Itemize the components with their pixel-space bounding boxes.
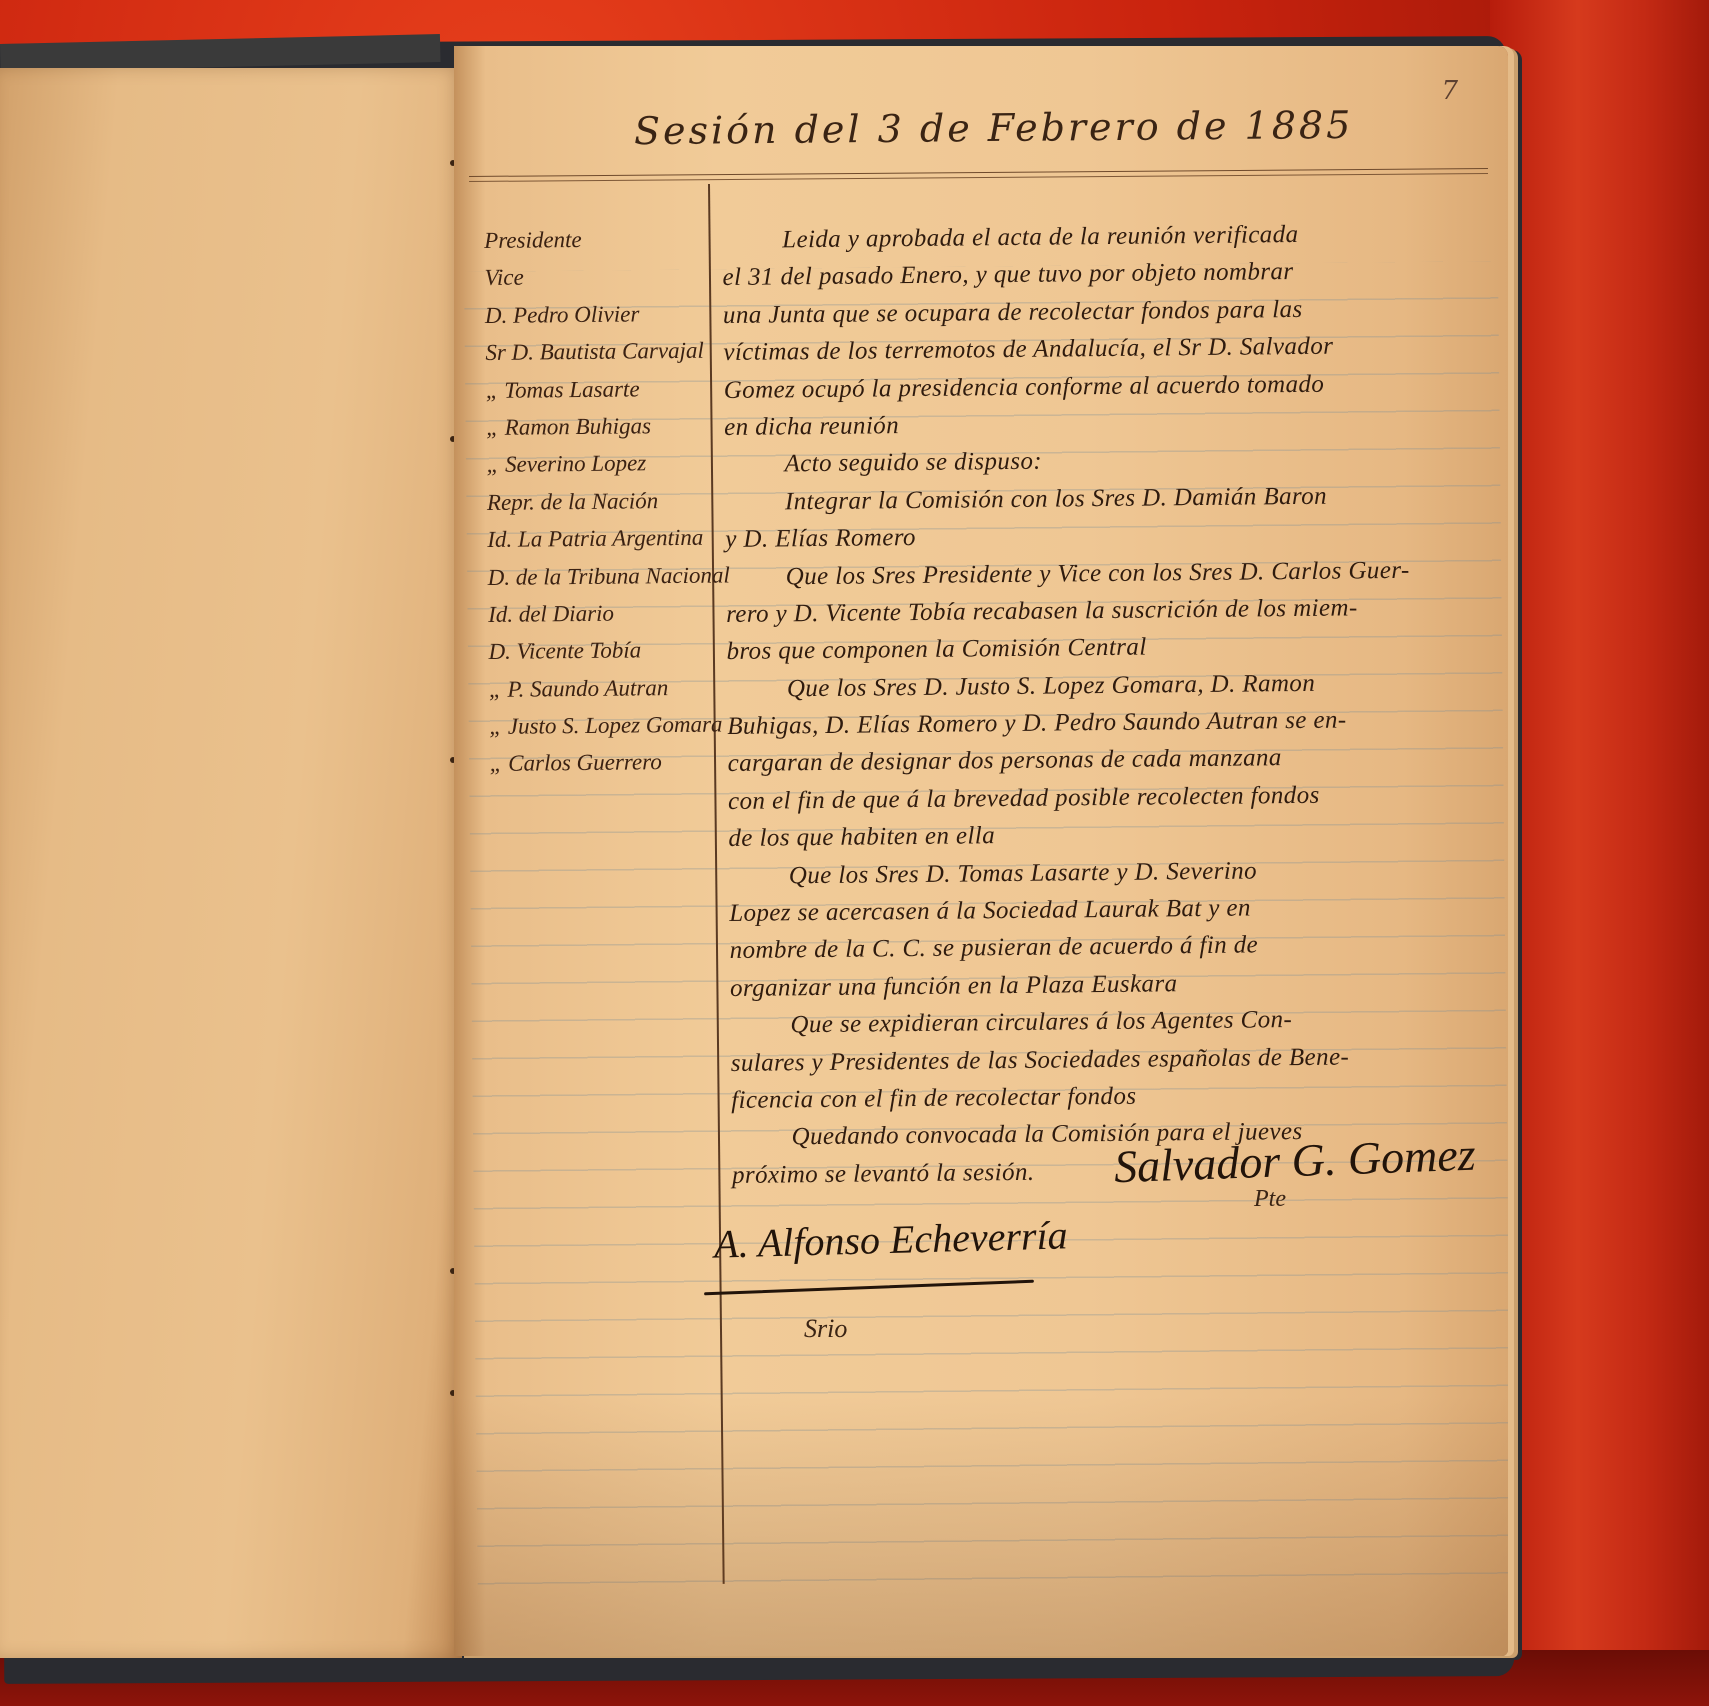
- attendee-entry: „ Tomas Lasarte: [486, 369, 716, 409]
- president-title: Pte: [1254, 1186, 1286, 1213]
- attendee-entry: Repr. de la Nación: [487, 481, 717, 521]
- header-rule: [469, 168, 1488, 182]
- attendee-entry: Presidente: [484, 220, 714, 260]
- attendees-margin-list: PresidenteViceD. Pedro OlivierSr D. Baut…: [484, 220, 720, 783]
- attendee-entry: „ Severino Lopez: [486, 444, 716, 484]
- session-heading-text: Sesión del 3 de Febrero de 1885: [634, 103, 1354, 153]
- left-blank-page: [0, 68, 462, 1658]
- minutes-line: Que los Sres Presidente y Vice con los S…: [726, 551, 1486, 596]
- minutes-body: Leida y aprobada el acta de la reunión v…: [722, 214, 1492, 1194]
- secretary-title: Srio: [804, 1314, 847, 1344]
- background-cloth: [1490, 0, 1709, 1706]
- attendee-entry: Id. del Diario: [488, 593, 718, 633]
- attendee-entry: „ P. Saundo Autran: [489, 668, 719, 708]
- attendee-entry: Vice: [484, 257, 714, 297]
- attendee-entry: „ Justo S. Lopez Gomara: [489, 706, 719, 746]
- attendee-entry: Sr D. Bautista Carvajal: [485, 332, 715, 372]
- page-number: 7: [1441, 76, 1458, 106]
- attendee-entry: D. Pedro Olivier: [485, 294, 715, 334]
- attendee-entry: „ Carlos Guerrero: [489, 743, 719, 783]
- attendee-entry: Id. La Patria Argentina: [487, 519, 717, 559]
- page-shadow: [454, 1396, 1508, 1656]
- right-ledger-page: 7 Sesión del 3 de Febrero de 1885 Presid…: [454, 46, 1508, 1656]
- attendee-entry: D. Vicente Tobía: [488, 631, 718, 671]
- attendee-entry: „ Ramon Buhigas: [486, 407, 716, 447]
- session-heading: Sesión del 3 de Febrero de 1885: [634, 103, 1354, 153]
- secretary-signature: A. Alfonso Echeverría: [713, 1211, 1068, 1267]
- attendee-entry: D. de la Tribuna Nacional: [488, 556, 718, 596]
